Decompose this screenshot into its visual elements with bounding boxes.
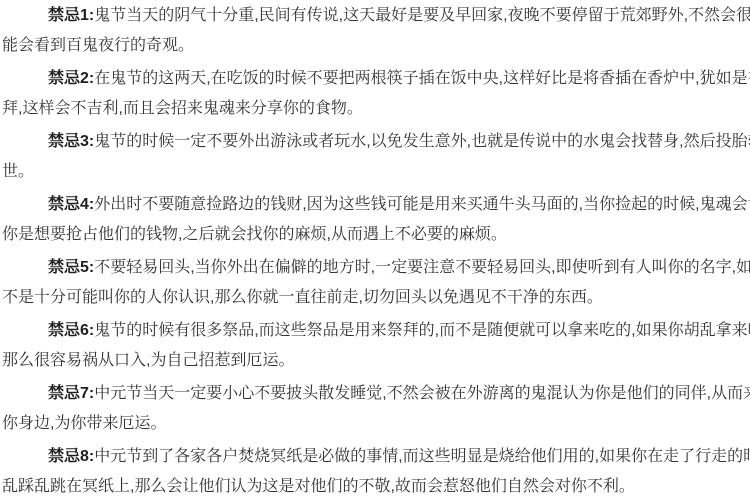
taboo-text-6: 鬼节的时候有很多祭品,而这些祭品是用来祭拜的,而不是随便就可以拿来吃的,如果你胡… bbox=[2, 322, 750, 369]
taboo-label-6: 禁忌6: bbox=[48, 322, 94, 339]
taboo-text-3: 鬼节的时候一定不要外出游泳或者玩水,以免发生意外,也就是传说中的水鬼会找替身,然… bbox=[2, 133, 750, 180]
taboo-text-8: 中元节到了各家各户焚烧冥纸是必做的事情,而这些明显是烧给他们用的,如果你在走了行… bbox=[2, 448, 750, 495]
taboo-item-3: 禁忌3:鬼节的时候一定不要外出游泳或者玩水,以免发生意外,也就是传说中的水鬼会找… bbox=[2, 127, 750, 187]
taboo-text-5: 不要轻易回头,当你外出在偏僻的地方时,一定要注意不要轻易回头,即使听到有人叫你的… bbox=[2, 259, 750, 306]
taboo-item-2: 禁忌2:在鬼节的这两天,在吃饭的时候不要把两根筷子插在饭中央,这样好比是将香插在… bbox=[2, 64, 750, 124]
taboo-item-8: 禁忌8:中元节到了各家各户焚烧冥纸是必做的事情,而这些明显是烧给他们用的,如果你… bbox=[2, 442, 750, 500]
taboo-label-7: 禁忌7: bbox=[48, 385, 94, 402]
taboo-item-4: 禁忌4:外出时不要随意捡路边的钱财,因为这些钱可能是用来买通牛头马面的,当你捡起… bbox=[2, 190, 750, 250]
taboo-text-1: 鬼节当天的阴气十分重,民间有传说,这天最好是要及早回家,夜晚不要停留于荒郊野外,… bbox=[2, 7, 750, 54]
taboo-label-5: 禁忌5: bbox=[48, 259, 94, 276]
taboo-item-1: 禁忌1:鬼节当天的阴气十分重,民间有传说,这天最好是要及早回家,夜晚不要停留于荒… bbox=[2, 1, 750, 61]
taboo-item-7: 禁忌7:中元节当天一定要小心不要披头散发睡觉,不然会被在外游离的鬼混认为你是他们… bbox=[2, 379, 750, 439]
taboo-item-5: 禁忌5:不要轻易回头,当你外出在偏僻的地方时,一定要注意不要轻易回头,即使听到有… bbox=[2, 253, 750, 313]
taboo-article: 禁忌1:鬼节当天的阴气十分重,民间有传说,这天最好是要及早回家,夜晚不要停留于荒… bbox=[0, 0, 750, 500]
taboo-label-2: 禁忌2: bbox=[48, 70, 94, 87]
taboo-label-8: 禁忌8: bbox=[48, 448, 94, 465]
taboo-text-2: 在鬼节的这两天,在吃饭的时候不要把两根筷子插在饭中央,这样好比是将香插在香炉中,… bbox=[2, 70, 750, 117]
taboo-label-4: 禁忌4: bbox=[48, 196, 94, 213]
taboo-label-1: 禁忌1: bbox=[48, 7, 94, 24]
taboo-label-3: 禁忌3: bbox=[48, 133, 94, 150]
taboo-text-7: 中元节当天一定要小心不要披头散发睡觉,不然会被在外游离的鬼混认为你是他们的同伴,… bbox=[2, 385, 750, 432]
taboo-item-6: 禁忌6:鬼节的时候有很多祭品,而这些祭品是用来祭拜的,而不是随便就可以拿来吃的,… bbox=[2, 316, 750, 376]
taboo-text-4: 外出时不要随意捡路边的钱财,因为这些钱可能是用来买通牛头马面的,当你捡起的时候,… bbox=[2, 196, 750, 243]
